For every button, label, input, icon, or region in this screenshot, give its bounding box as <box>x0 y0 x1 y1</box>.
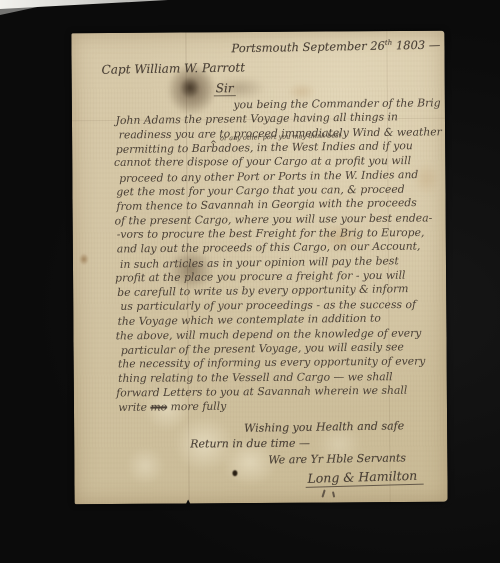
photo-edge-artifact-white <box>0 0 168 9</box>
valediction: We are Yr Hble Servants <box>268 451 406 466</box>
struck-word: mo <box>150 401 167 414</box>
signature-flourish <box>321 489 347 498</box>
dateline: Portsmouth September 26th 1803 — <box>231 38 440 56</box>
dateline-year: 1803 — <box>392 38 440 53</box>
closing-line: Wishing you Health and safe <box>244 419 404 435</box>
strike-post: more fully <box>170 400 226 414</box>
recipient-line: Capt William W. Parrott <box>102 60 246 76</box>
strike-pre: write <box>118 401 150 414</box>
closing-line: Return in due time — <box>190 437 310 451</box>
signature: Long & Hamilton <box>305 468 423 488</box>
bleach-blotch <box>126 447 164 485</box>
salutation: Sir <box>214 81 236 96</box>
letter-paper: Portsmouth September 26th 1803 — Capt Wi… <box>71 31 447 505</box>
dateline-text: Portsmouth September 26 <box>231 39 385 56</box>
body-line-strikethrough: write mo more fully <box>118 397 444 416</box>
letter-body: you being the Commander of the Brig John… <box>115 96 444 415</box>
paper-edge-notch <box>186 499 191 504</box>
body-line: thing relating to the Vessell and Cargo … <box>118 369 444 385</box>
body-line: -vors to procure the best Freight for th… <box>117 226 443 242</box>
photo-background: Portsmouth September 26th 1803 — Capt Wi… <box>0 0 500 563</box>
dark-speck <box>232 470 237 476</box>
ink-stain-core <box>180 76 200 98</box>
dateline-superscript: th <box>385 39 392 47</box>
insertion-caret: ^ <box>210 139 217 148</box>
foxing-spot <box>79 253 89 265</box>
